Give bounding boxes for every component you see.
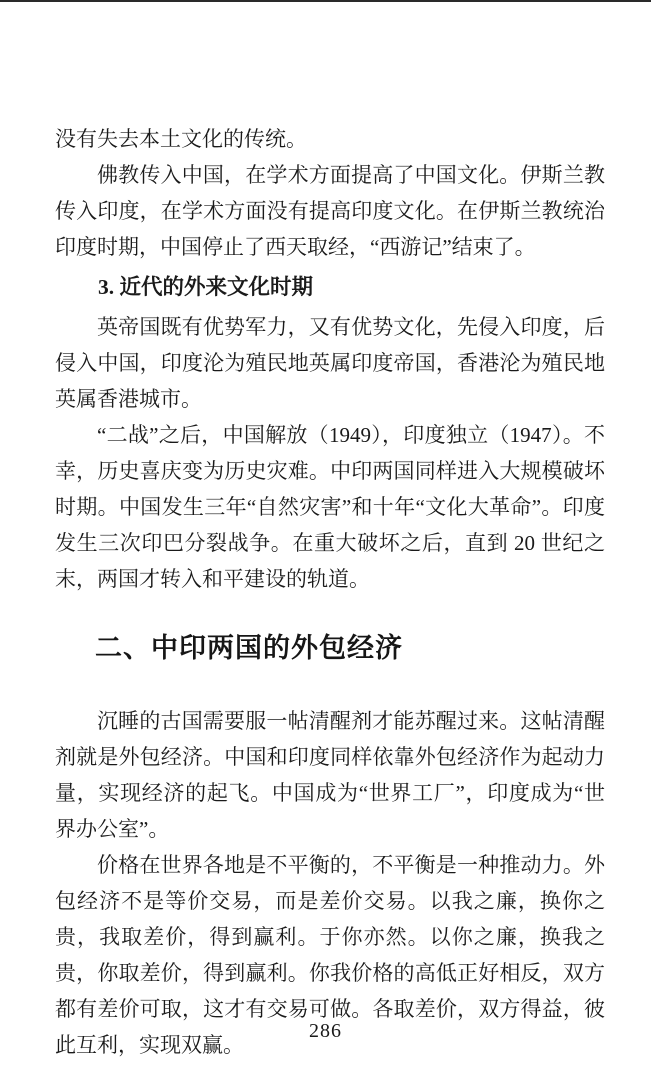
scan-top-edge (0, 0, 651, 2)
paragraph-buddhism-islam: 佛教传入中国，在学术方面提高了中国文化。伊斯兰教传入印度，在学术方面没有提高印度… (55, 157, 605, 265)
book-page: 没有失去本土文化的传统。 佛教传入中国，在学术方面提高了中国文化。伊斯兰教传入印… (0, 0, 651, 1079)
paragraph-continuation: 没有失去本土文化的传统。 (55, 121, 605, 157)
page-number: 286 (0, 1020, 651, 1043)
paragraph-awakening: 沉睡的古国需要服一帖清醒剂才能苏醒过来。这帖清醒剂就是外包经济。中国和印度同样依… (55, 703, 605, 847)
paragraph-british-empire: 英帝国既有优势军力，又有优势文化，先侵入印度，后侵入中国，印度沦为殖民地英属印度… (55, 309, 605, 417)
section-heading-outsourcing-economy: 二、中印两国的外包经济 (55, 631, 605, 665)
subsection-heading-modern-foreign-culture: 3. 近代的外来文化时期 (55, 269, 605, 305)
paragraph-postwar-history: “二战”之后，中国解放（1949），印度独立（1947）。不幸，历史喜庆变为历史… (55, 417, 605, 597)
page-body: 没有失去本土文化的传统。 佛教传入中国，在学术方面提高了中国文化。伊斯兰教传入印… (55, 121, 605, 1063)
